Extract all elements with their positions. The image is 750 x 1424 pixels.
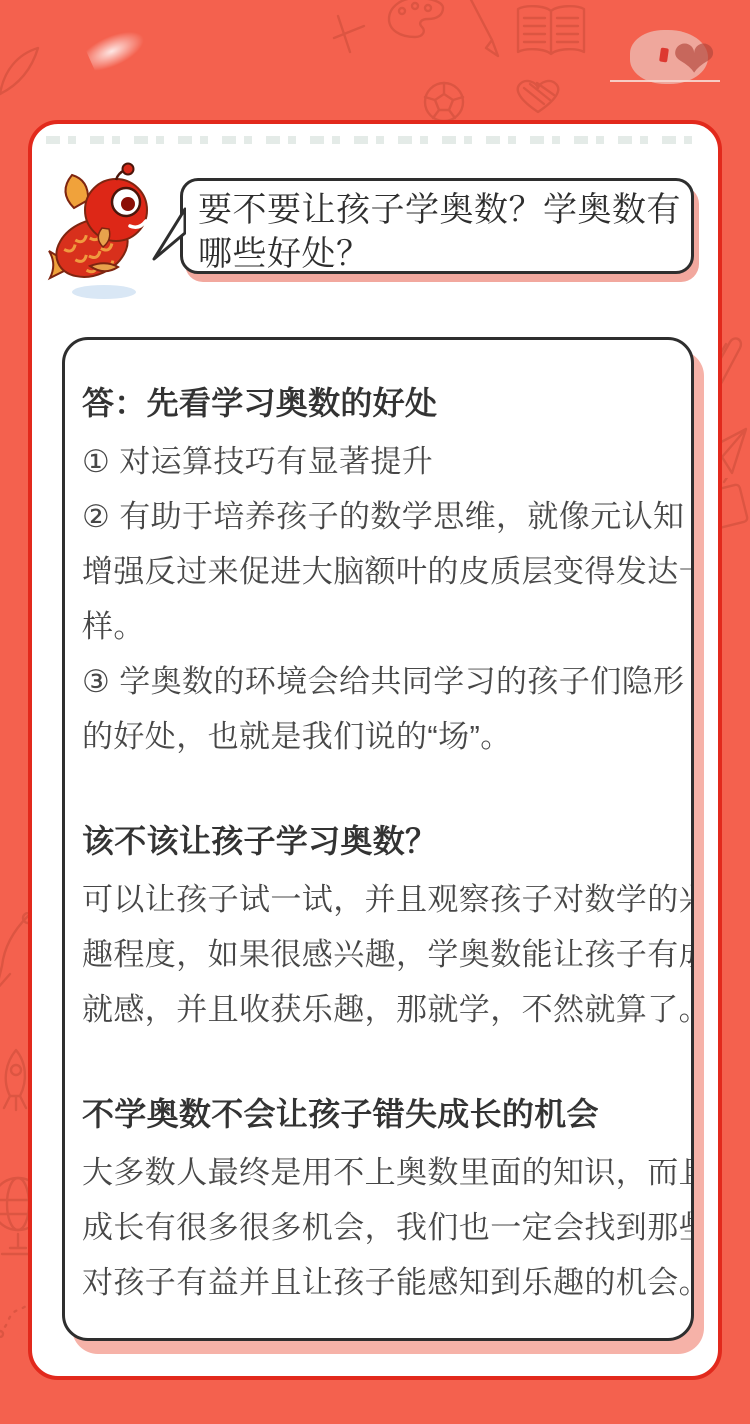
answer-line: 成长有很多很多机会，我们也一定会找到那些	[82, 1200, 681, 1255]
heart-scribble-doodle-icon	[510, 76, 566, 116]
fish-mascot-icon	[46, 162, 162, 302]
soccer-ball-doodle-icon	[420, 80, 468, 124]
answer-section-no-miss: 不学奥数不会让孩子错失成长的机会 大多数人最终是用不上奥数里面的知识，而且 成长…	[82, 1087, 681, 1310]
answer-line: 趣程度，如果很感兴趣，学奥数能让孩子有成	[82, 927, 681, 982]
answer-line: ③ 学奥数的环境会给共同学习的孩子们隐形	[82, 654, 681, 709]
watermark-underline	[610, 80, 720, 82]
answer-line: 样。	[82, 599, 681, 654]
question-bubble: 要不要让孩子学奥数？学奥数有 哪些好处？	[180, 178, 694, 274]
answer-line: ② 有助于培养孩子的数学思维，就像元认知	[82, 489, 681, 544]
answer-line: 可以让孩子试一试，并且观察孩子对数学的兴	[82, 872, 681, 927]
answer-section-should-learn: 该不该让孩子学习奥数？ 可以让孩子试一试，并且观察孩子对数学的兴 趣程度，如果很…	[82, 814, 681, 1037]
question-line: 要不要让孩子学奥数？学奥数有	[198, 188, 679, 232]
poster: ❤	[0, 0, 750, 1424]
answer-line: ① 对运算技巧有显著提升	[82, 434, 681, 489]
answer-line: 就感，并且收获乐趣，那就学，不然就算了。	[82, 982, 681, 1037]
answer-card: 答：先看学习奥数的好处 ① 对运算技巧有显著提升 ② 有助于培养孩子的数学思维，…	[62, 337, 694, 1341]
answer-line: 大多数人最终是用不上奥数里面的知识，而且	[82, 1145, 681, 1200]
content-panel: 要不要让孩子学奥数？学奥数有 哪些好处？ 答：先看学习奥数的好处 ① 对运算技巧…	[28, 120, 722, 1380]
heart-watermark-icon: ❤	[666, 34, 722, 86]
palette-doodle-icon	[385, 0, 447, 42]
answer-line: 的好处，也就是我们说的“场”。	[82, 709, 681, 764]
answer-line: 对孩子有益并且让孩子能感知到乐趣的机会。	[82, 1255, 681, 1310]
watermark-smudge	[84, 24, 149, 75]
section-heading: 答：先看学习奥数的好处	[82, 376, 681, 431]
answer-line: 增强反过来促进大脑额叶的皮质层变得发达一	[82, 544, 681, 599]
star-doodle-icon	[330, 8, 370, 58]
open-book-doodle-icon	[512, 2, 590, 62]
section-heading: 不学奥数不会让孩子错失成长的机会	[82, 1087, 681, 1142]
bubble-tail	[152, 205, 186, 263]
answer-section-benefits: 答：先看学习奥数的好处 ① 对运算技巧有显著提升 ② 有助于培养孩子的数学思维，…	[82, 376, 681, 764]
dash-pattern	[46, 136, 704, 144]
section-heading: 该不该让孩子学习奥数？	[82, 814, 681, 869]
leaf-doodle-icon	[0, 40, 44, 100]
brush-doodle-icon	[458, 0, 504, 70]
question-line: 哪些好处？	[198, 232, 679, 276]
